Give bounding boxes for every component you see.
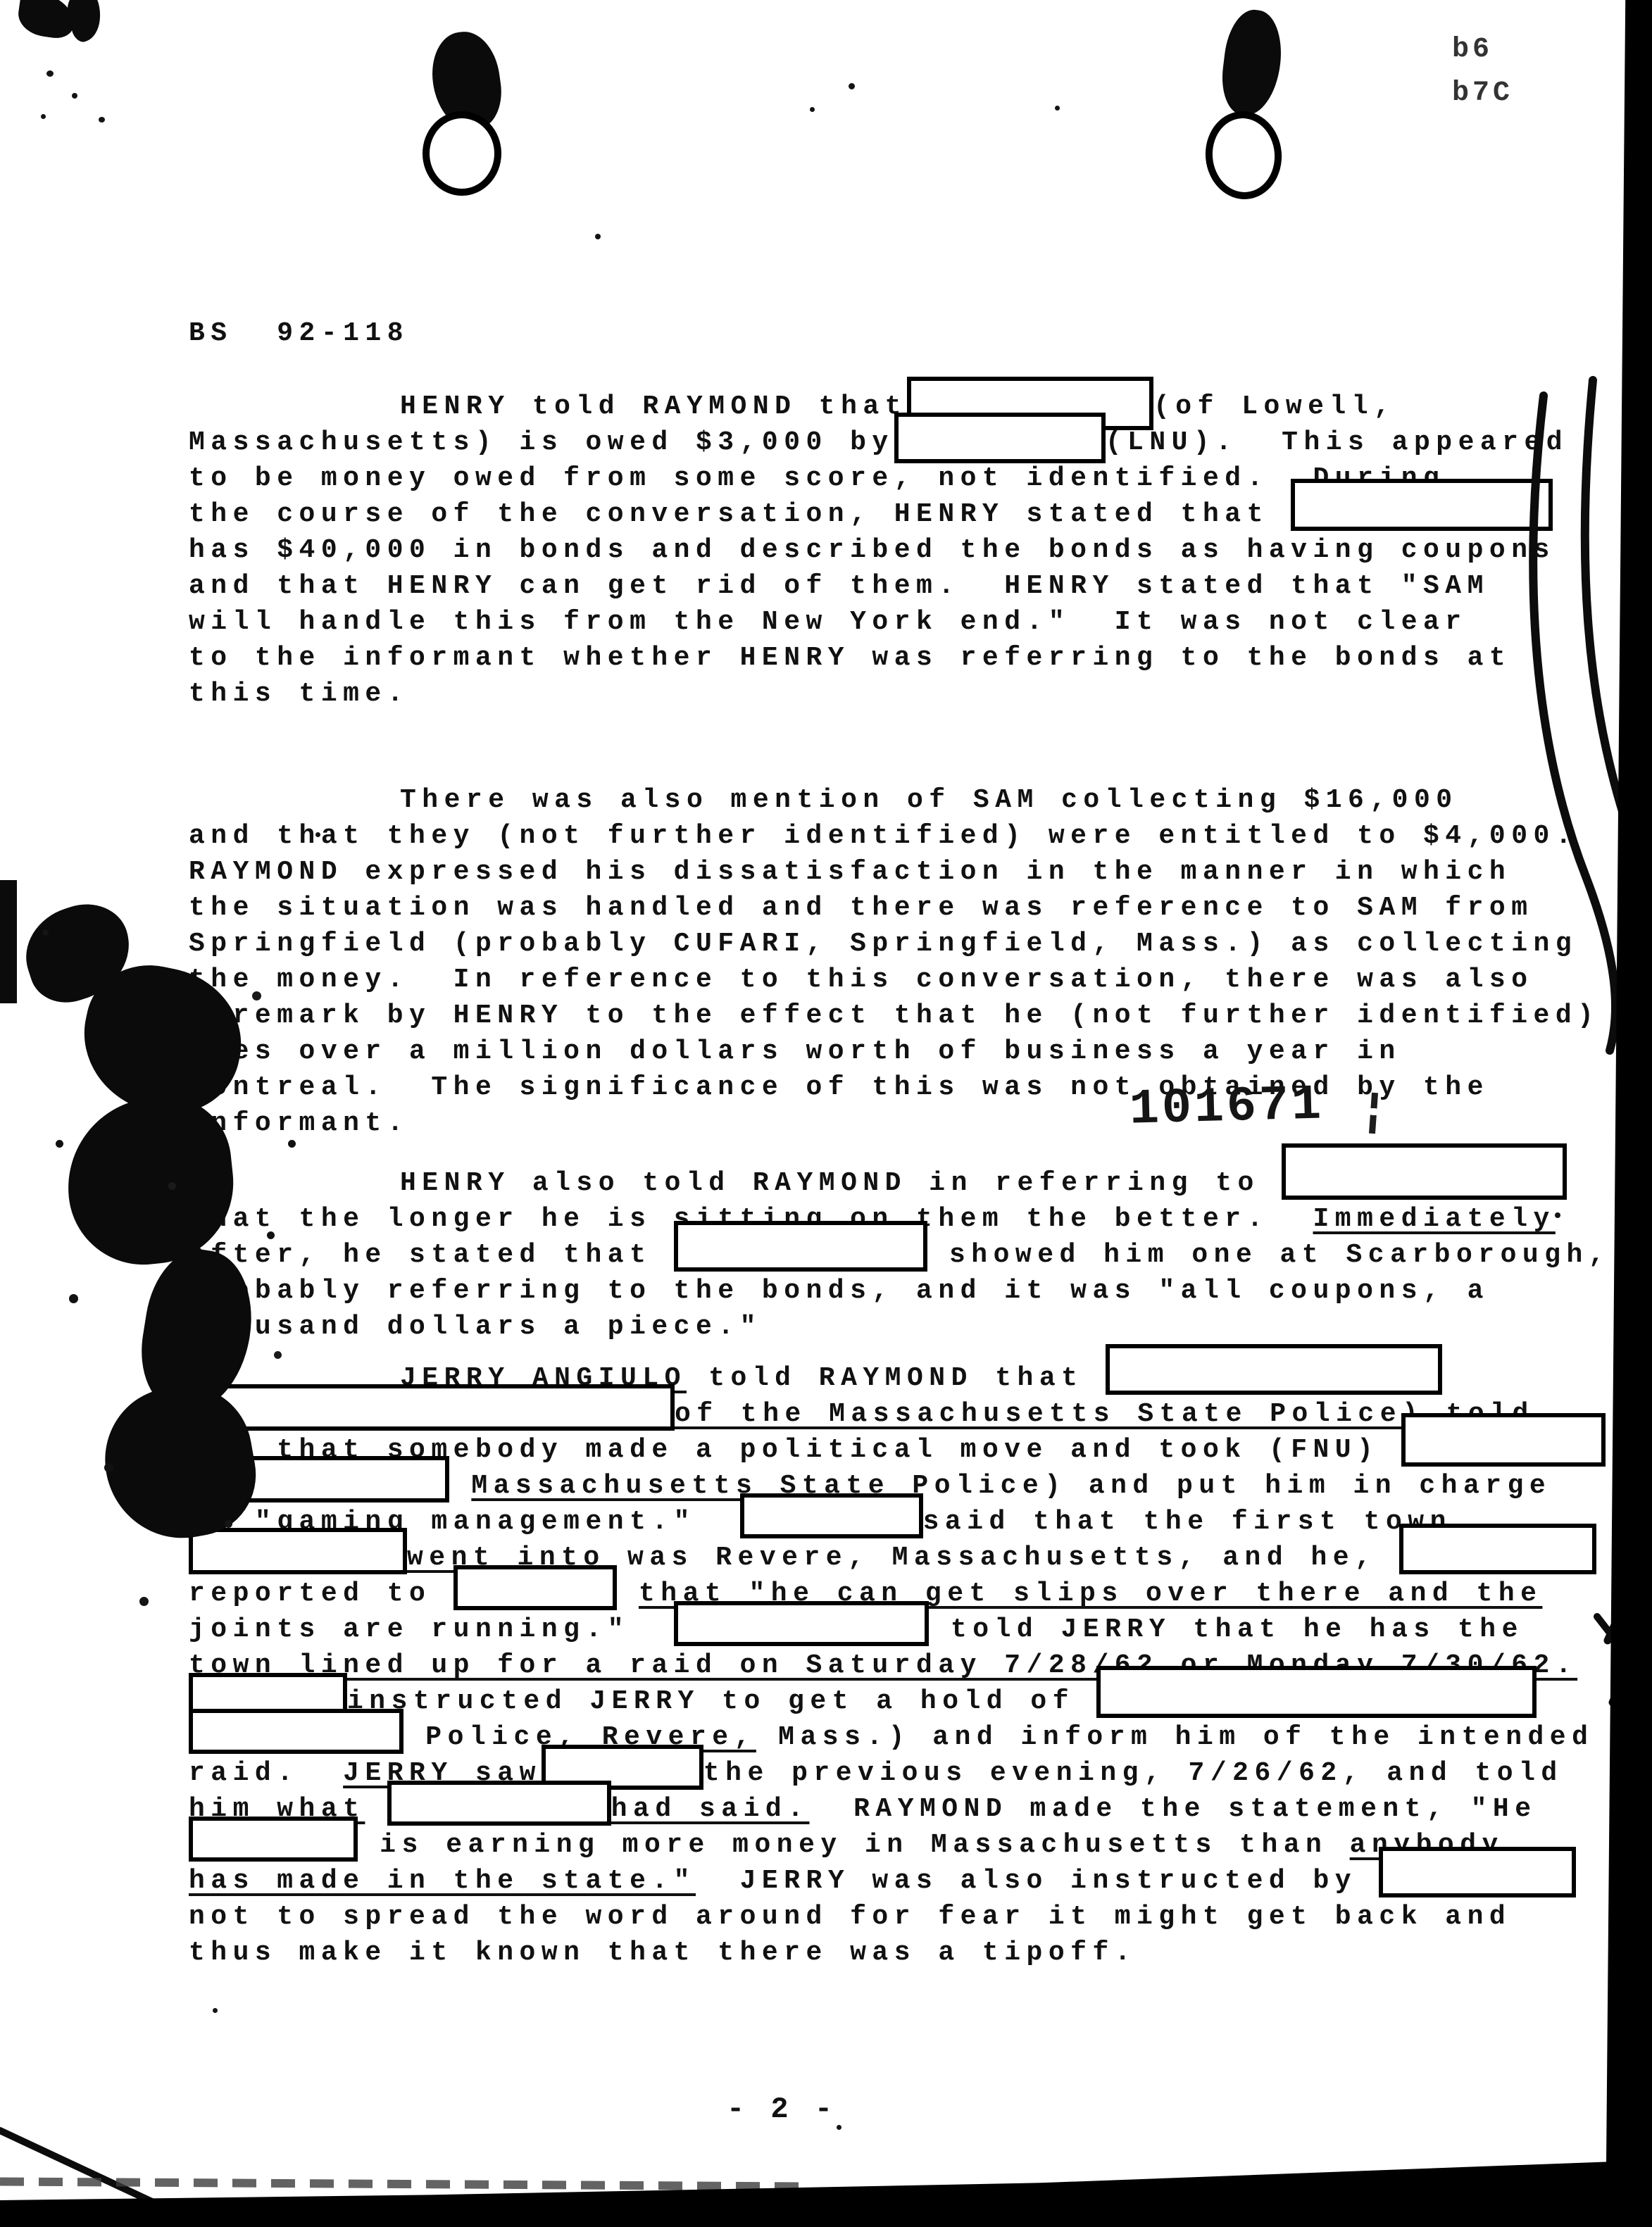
corner-ink-mark <box>63 0 106 44</box>
scan-edge-bottom <box>0 2160 1652 2227</box>
text-run: the money. In reference to this conversa… <box>189 965 1534 995</box>
redaction-box <box>1399 1524 1596 1574</box>
text-line: him what had said. RAYMOND made the stat… <box>189 1791 1610 1827</box>
text-run: JERRY was also instructed by <box>696 1866 1379 1896</box>
paragraph: JERRY ANGIULO told RAYMOND that of the M… <box>189 1360 1610 1971</box>
underlined-text: has made in the state." <box>189 1866 696 1896</box>
text-line: probably referring to the bonds, and it … <box>189 1273 1610 1309</box>
text-line: has $40,000 in bonds and described the b… <box>189 532 1610 568</box>
text-run: somebody made a political move and took … <box>365 1435 1401 1465</box>
text-line: RAYMOND expressed his dissatisfaction in… <box>189 854 1610 890</box>
text-run <box>365 1794 387 1824</box>
redaction-box <box>189 1817 358 1862</box>
text-line: does over a million dollars worth of bus… <box>189 1034 1610 1069</box>
text-run: thousand dollars a piece." <box>189 1312 762 1342</box>
text-line: the money. In reference to this conversa… <box>189 962 1610 998</box>
redaction-box <box>453 1565 617 1610</box>
text-line: has made in the state." JERRY was also i… <box>189 1863 1610 1899</box>
text-run: showed him one at Scarborough, <box>927 1240 1610 1270</box>
redaction-box <box>1379 1847 1576 1897</box>
redaction-box <box>1096 1666 1537 1718</box>
redaction-box <box>189 1528 407 1574</box>
text-line: informant. <box>189 1105 1610 1141</box>
text-run: was Revere, Massachusetts, and he, <box>606 1543 1399 1573</box>
text-run: told JERRY that he has the <box>929 1614 1524 1645</box>
text-line: went into was Revere, Massachusetts, and… <box>189 1540 1610 1576</box>
text-run: raid. <box>189 1758 343 1788</box>
text-run: RAYMOND made the statement, "He <box>809 1794 1537 1824</box>
ink-speck <box>99 117 105 123</box>
ink-speck <box>213 2008 218 2013</box>
text-run: the course of the conversation, HENRY st… <box>189 499 1291 529</box>
underlined-text: had said. <box>611 1794 810 1824</box>
text-run: and that HENRY can get rid of them. HENR… <box>189 571 1489 601</box>
scanned-document-page: b6 b7C BS 92-118 HENRY told RAYMOND that… <box>0 0 1652 2227</box>
redaction-box <box>1106 1344 1442 1395</box>
text-line: the situation was handled and there was … <box>189 890 1610 926</box>
text-run: Police) and put him in charge <box>890 1471 1551 1501</box>
ink-speck <box>1055 106 1060 111</box>
document-body: HENRY told RAYMOND that(of Lowell,Massac… <box>189 389 1610 1971</box>
text-run: not to spread the word around for fear i… <box>189 1902 1511 1932</box>
left-edge-bar <box>0 880 17 1003</box>
text-run: (LNU). This appeared <box>1106 427 1568 458</box>
text-line: Springfield (probably CUFARI, Springfiel… <box>189 926 1610 962</box>
ink-speck <box>46 70 54 77</box>
text-run: joints are running." <box>189 1614 674 1645</box>
ink-speck <box>315 832 320 837</box>
text-line: Police, Revere, Mass.) and inform him of… <box>189 1719 1610 1755</box>
text-line: not to spread the word around for fear i… <box>189 1899 1610 1935</box>
text-line: thousand dollars a piece." <box>189 1309 1610 1345</box>
text-run: this time. <box>189 679 409 709</box>
hole-punch-ring-right <box>1202 108 1285 203</box>
paragraph: HENRY also told RAYMOND in referring to … <box>189 1165 1610 1345</box>
underlined-text: Immediately <box>1313 1204 1556 1234</box>
corner-fold-line <box>0 2131 154 2202</box>
text-run: thus make it known that there was a tipo… <box>189 1938 1137 1968</box>
ink-speck <box>41 114 46 119</box>
scan-edge-rough-strip <box>0 2177 810 2190</box>
smudge-specks <box>42 929 49 936</box>
exemption-b7c: b7C <box>1452 77 1513 109</box>
text-run: HENRY told RAYMOND that <box>400 391 907 422</box>
exemption-b6: b6 <box>1452 34 1493 65</box>
redaction-box <box>1282 1143 1567 1200</box>
paragraph: HENRY told RAYMOND that(of Lowell,Massac… <box>189 389 1610 712</box>
text-run: to be money owed from some score, not id… <box>189 463 1313 494</box>
text-run: reported to <box>189 1579 453 1609</box>
text-run: Springfield (probably CUFARI, Springfiel… <box>189 929 1577 959</box>
redaction-box <box>1401 1413 1606 1467</box>
text-line: will handle this from the New York end."… <box>189 604 1610 640</box>
redaction-box <box>894 413 1106 463</box>
text-run: has $40,000 in bonds and described the b… <box>189 535 1556 565</box>
text-run: after, he stated that <box>189 1240 674 1270</box>
text-run: the previous evening, 7/26/62, and told <box>703 1758 1563 1788</box>
paragraph: There was also mention of SAM collecting… <box>189 782 1610 1141</box>
text-run: Mass.) and inform him of the intended <box>756 1722 1594 1752</box>
redaction-box <box>740 1493 923 1538</box>
hole-punch-ring-left <box>423 111 501 196</box>
text-line: Montreal. The significance of this was n… <box>189 1069 1610 1105</box>
text-run: There was also mention of SAM collecting… <box>400 785 1458 815</box>
text-run: the situation was handled and there was … <box>189 893 1534 923</box>
case-number: BS 92-118 <box>189 318 409 349</box>
text-line: and that HENRY can get rid of them. HENR… <box>189 568 1610 604</box>
ink-speck <box>1555 1212 1560 1218</box>
text-run: a remark by HENRY to the effect that he … <box>189 1000 1599 1031</box>
text-run: does over a million dollars worth of bus… <box>189 1036 1401 1067</box>
ink-speck <box>72 93 77 99</box>
foia-exemption-codes: b6 b7C <box>1452 28 1513 115</box>
text-run: and that they (not further identified) w… <box>189 821 1577 851</box>
text-run: told RAYMOND that <box>687 1363 1106 1393</box>
ink-speck <box>837 2125 841 2130</box>
text-run: will handle this from the New York end."… <box>189 607 1468 637</box>
text-run: RAYMOND expressed his dissatisfaction in… <box>189 857 1511 887</box>
text-line: of the Massachusetts State Police) told <box>189 1396 1610 1432</box>
text-line: the course of the conversation, HENRY st… <box>189 496 1610 532</box>
text-line: thus make it known that there was a tipo… <box>189 1935 1610 1971</box>
text-run: HENRY also told RAYMOND in referring to <box>400 1168 1282 1198</box>
text-run: Massachusetts) is owed $3,000 by <box>189 427 894 458</box>
text-line: to the informant whether HENRY was refer… <box>189 640 1610 676</box>
text-run: is earning more money in Massachusetts t… <box>358 1830 1350 1860</box>
text-line: after, he stated that showed him one at … <box>189 1237 1610 1273</box>
redaction-box <box>189 1384 675 1431</box>
text-line: joints are running." told JERRY that he … <box>189 1612 1610 1648</box>
ink-speck <box>849 83 855 89</box>
redaction-box <box>1291 479 1553 531</box>
serial-number-stamp: 101671 <box>1129 1077 1325 1138</box>
text-run: instructed JERRY to get a hold of <box>347 1686 1096 1717</box>
ink-blot-right <box>1218 7 1287 119</box>
text-line: HENRY also told RAYMOND in referring to <box>189 1165 1610 1201</box>
ink-speck <box>810 107 815 112</box>
redaction-box <box>674 1221 927 1272</box>
text-line: a remark by HENRY to the effect that he … <box>189 998 1610 1034</box>
text-run: to the informant whether HENRY was refer… <box>189 643 1511 673</box>
redaction-box <box>674 1601 929 1646</box>
text-run <box>449 1471 471 1501</box>
text-run: (of Lowell, <box>1153 391 1396 422</box>
redaction-box <box>189 1709 403 1754</box>
text-run: probably referring to the bonds, and it … <box>189 1276 1489 1306</box>
text-run <box>617 1579 639 1609</box>
text-run: said that the first town <box>923 1507 1452 1537</box>
text-line: this time. <box>189 676 1610 712</box>
text-line: Massachusetts) is owed $3,000 by(LNU). T… <box>189 425 1610 460</box>
redaction-box <box>387 1781 611 1826</box>
text-line: and that they (not further identified) w… <box>189 818 1610 854</box>
text-line: There was also mention of SAM collecting… <box>189 782 1610 818</box>
page-number: - 2 - <box>727 2093 837 2126</box>
ink-speck <box>595 234 601 239</box>
